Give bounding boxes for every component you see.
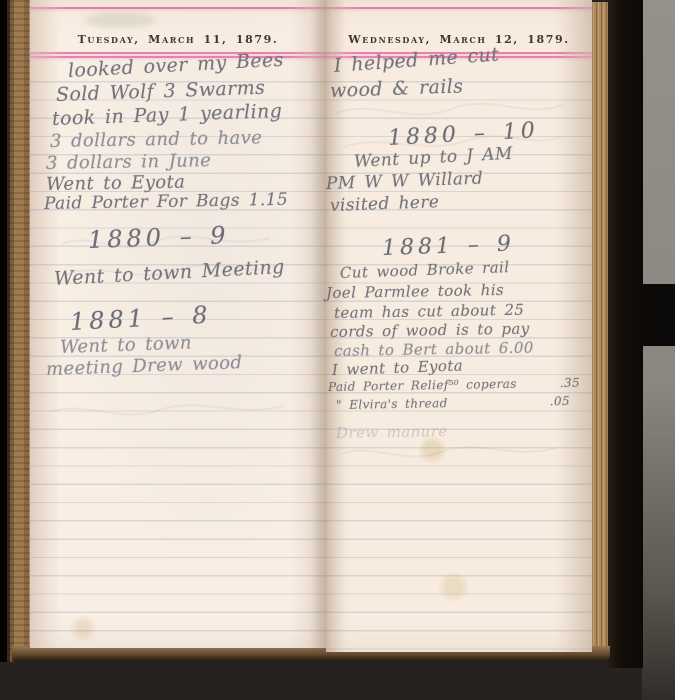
- handwriting-line: team has cut about 25: [334, 301, 525, 322]
- pink-rule-top: [326, 7, 592, 9]
- handwriting-line: 3 dollars and to have: [50, 127, 263, 152]
- expense-item: " Elvira's thread: [336, 396, 448, 412]
- diary-photo: Tuesday, March 11, 1879. looked over my …: [0, 0, 675, 700]
- handwriting-year-heading: 1881 – 9: [382, 231, 516, 261]
- background-right: [642, 0, 675, 700]
- handwriting-line-faint: Drew manure: [336, 422, 448, 442]
- handwriting-line: wood & rails: [330, 75, 464, 102]
- handwriting-line: cords of wood is to pay: [330, 320, 530, 341]
- expense-amount: .05: [550, 394, 571, 408]
- handwriting-line: Paid Porter For Bags 1.15: [44, 190, 288, 214]
- handwriting-line: visited here: [330, 192, 440, 216]
- left-page: Tuesday, March 11, 1879. looked over my …: [30, 0, 326, 648]
- page-header-left: Tuesday, March 11, 1879.: [30, 33, 326, 46]
- expense-amount: .35: [560, 376, 581, 390]
- book-strap: [638, 284, 675, 346]
- right-page: Wednesday, March 12, 1879. I helped me c…: [326, 0, 592, 652]
- handwriting-line: 3 dollars in June: [46, 150, 212, 174]
- page-header-right: Wednesday, March 12, 1879.: [326, 33, 592, 46]
- ink-bleed-smudge: [85, 12, 155, 28]
- handwriting-year-heading: 1880 – 9: [88, 221, 231, 254]
- book-cover-right: [606, 0, 643, 668]
- pink-rule-top: [30, 7, 326, 9]
- handwriting-line: Joel Parmlee took his: [326, 281, 504, 302]
